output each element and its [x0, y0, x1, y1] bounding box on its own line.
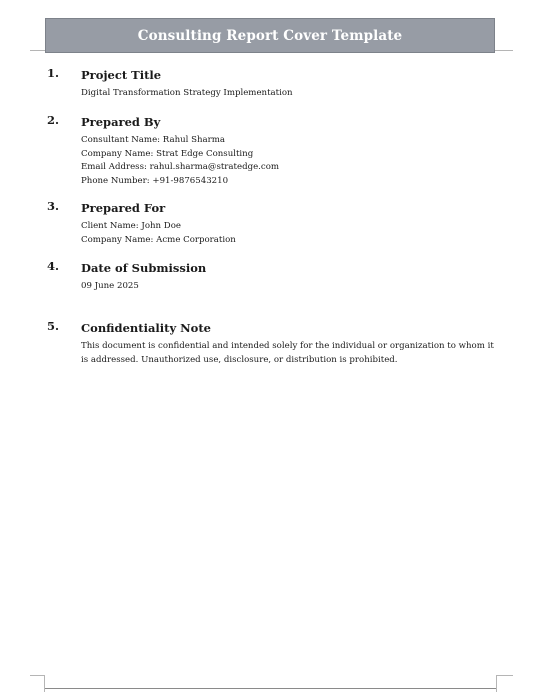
section-date-of-submission: 4. Date of Submission 09 June 2025 [47, 259, 507, 294]
consultant-phone: Phone Number: +91-9876543210 [81, 175, 507, 189]
section-number: 1. [47, 66, 59, 80]
section-project-title: 1. Project Title Digital Transformation … [47, 66, 507, 101]
footer-rule [45, 688, 496, 689]
consultant-email: Email Address: rahul.sharma@stratedge.co… [81, 161, 507, 175]
footer-crop-mark-left [30, 675, 45, 692]
section-body: Consultant Name: Rahul Sharma Company Na… [81, 134, 507, 188]
project-title-value: Digital Transformation Strategy Implemen… [81, 87, 507, 101]
consultant-company: Company Name: Strat Edge Consulting [81, 148, 507, 162]
section-number: 5. [47, 319, 59, 333]
section-confidentiality-note: 5. Confidentiality Note This document is… [47, 319, 507, 367]
section-heading: Project Title [81, 66, 507, 84]
section-heading: Prepared For [81, 199, 507, 217]
section-body: Digital Transformation Strategy Implemen… [81, 87, 507, 101]
consultant-name: Consultant Name: Rahul Sharma [81, 134, 507, 148]
confidentiality-text: This document is confidential and intend… [81, 340, 501, 367]
section-number: 4. [47, 259, 59, 273]
section-number: 2. [47, 113, 59, 127]
header-banner: Consulting Report Cover Template [45, 18, 495, 53]
section-number: 3. [47, 199, 59, 213]
section-body: 09 June 2025 [81, 280, 507, 294]
section-body: Client Name: John Doe Company Name: Acme… [81, 220, 507, 247]
section-heading: Date of Submission [81, 259, 507, 277]
section-heading: Prepared By [81, 113, 507, 131]
section-prepared-by: 2. Prepared By Consultant Name: Rahul Sh… [47, 113, 507, 188]
submission-date: 09 June 2025 [81, 280, 507, 294]
client-company: Company Name: Acme Corporation [81, 234, 507, 248]
client-name: Client Name: John Doe [81, 220, 507, 234]
document-title: Consulting Report Cover Template [138, 28, 402, 44]
section-prepared-for: 3. Prepared For Client Name: John Doe Co… [47, 199, 507, 247]
section-heading: Confidentiality Note [81, 319, 507, 337]
footer-crop-mark-right [496, 675, 513, 692]
section-body: This document is confidential and intend… [81, 340, 501, 367]
